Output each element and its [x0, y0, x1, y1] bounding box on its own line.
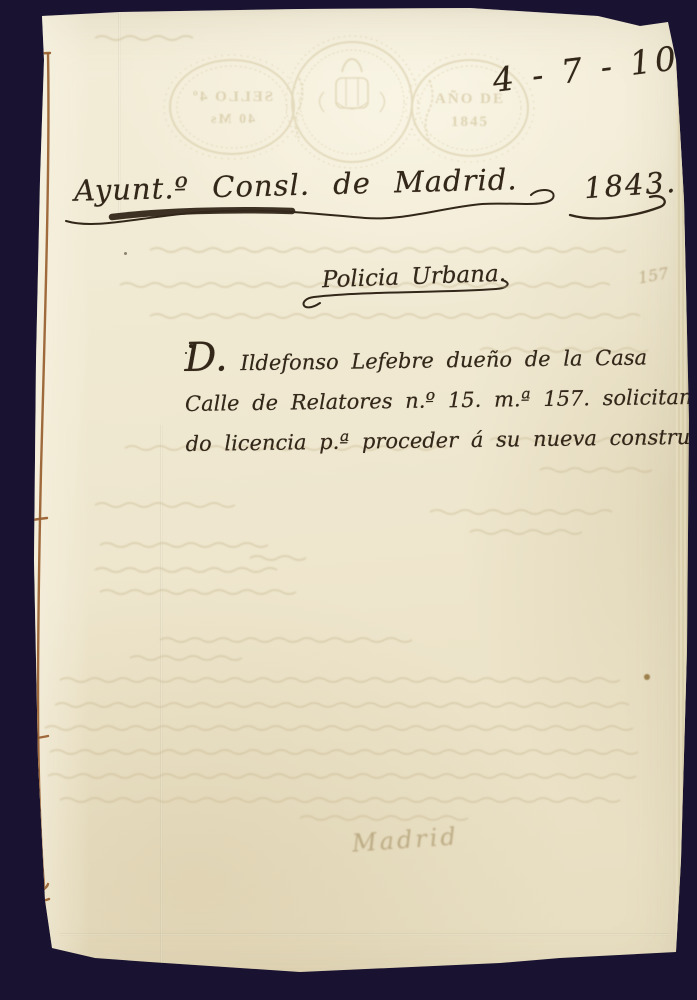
manuscript-page: SELLO 4º 40 Ms AÑO DE 1845 — [0, 0, 697, 1000]
scan-overlay-graphics: SELLO 4º 40 Ms AÑO DE 1845 — [0, 0, 697, 1000]
archival-reference: 4 - 7 - 102 — [490, 35, 697, 100]
coat-of-arms-seal-icon — [286, 36, 418, 168]
foxing-spot — [644, 674, 650, 680]
petition-line-1: D. Ildefonso Lefebre dueño de la Casa — [184, 330, 697, 384]
petition-line-3: do licencia p.ª proceder á su nueva cons… — [185, 416, 697, 464]
stamp-sello-icon: SELLO 4º 40 Ms — [164, 55, 300, 159]
garland-ornament-icon — [296, 78, 433, 140]
stamp-right-line2: 1845 — [451, 114, 489, 130]
ink-speck — [189, 344, 193, 348]
header-office: Ayunt.º Consl. de Madrid. — [74, 162, 518, 208]
stamp-left-line2: 40 Ms — [209, 112, 255, 127]
page-stack-edge — [676, 45, 687, 950]
bleedthrough-fragment-madrid: Madrid — [351, 822, 459, 857]
ink-speck — [124, 252, 127, 255]
page-fold-highlight — [30, 10, 90, 960]
header-year: 1843. — [583, 165, 678, 205]
section-title: Policia Urbana. — [322, 261, 507, 293]
petition-line-2: Calle de Relatores n.º 15. m.ª 157. soli… — [185, 376, 697, 424]
stamp-left-line1: SELLO 4º — [191, 89, 273, 105]
ink-speck — [185, 352, 187, 354]
archive-scan: { "document": { "archival_reference": "4… — [0, 0, 697, 1000]
bleedthrough-fragment-157: 157 — [637, 263, 670, 287]
paper-crease — [60, 933, 670, 936]
petition-text: D. Ildefonso Lefebre dueño de la Casa Ca… — [184, 330, 697, 464]
paper-crease — [160, 425, 163, 970]
